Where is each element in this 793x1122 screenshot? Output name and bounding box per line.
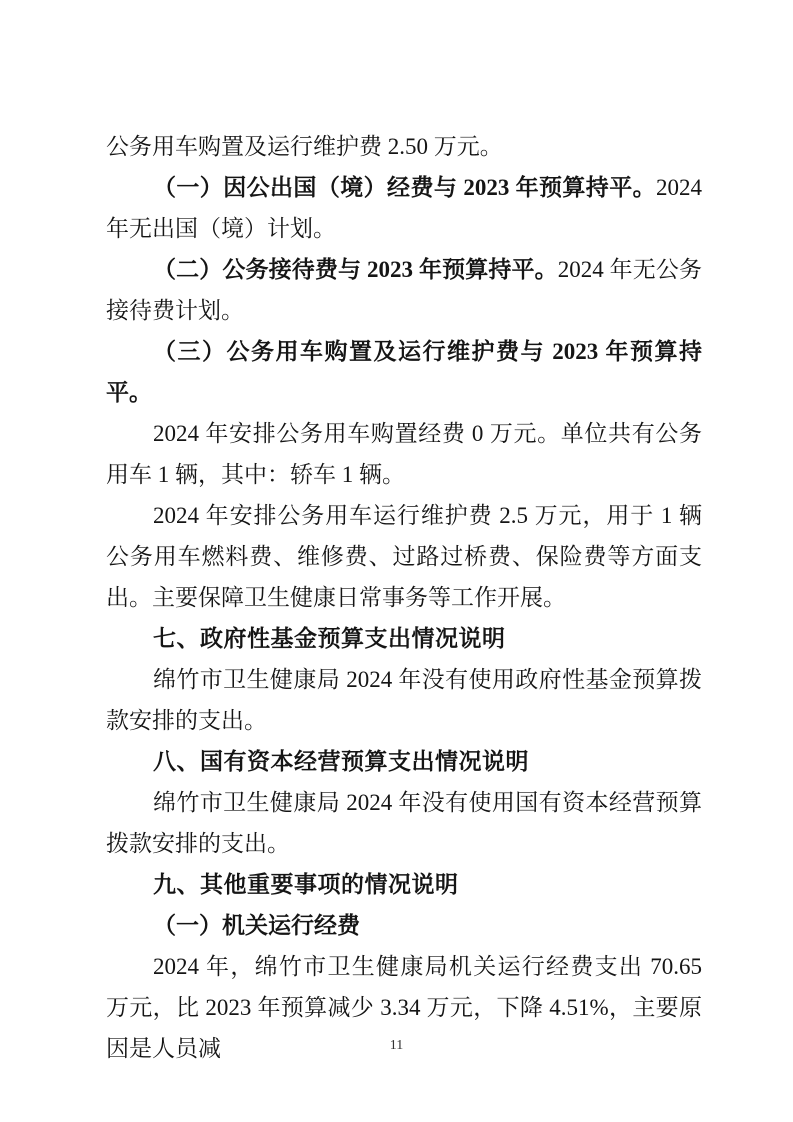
paragraph-vehicle-expense-heading: （三）公务用车购置及运行维护费与 2023 年预算持平。 xyxy=(106,331,702,413)
document-page: 公务用车购置及运行维护费 2.50 万元。 （一）因公出国（境）经费与 2023… xyxy=(0,0,793,1122)
paragraph-vehicle-purchase: 2024 年安排公务用车购置经费 0 万元。单位共有公务用车 1 辆，其中：轿车… xyxy=(106,413,702,495)
paragraph-government-fund: 绵竹市卫生健康局 2024 年没有使用政府性基金预算拨款安排的支出。 xyxy=(106,659,702,741)
paragraph-abroad-expense-lead: （一）因公出国（境）经费与 2023 年预算持平。 xyxy=(153,175,656,200)
paragraph-abroad-expense: （一）因公出国（境）经费与 2023 年预算持平。2024 年无出国（境）计划。 xyxy=(106,167,702,249)
paragraph-reception-expense-lead: （二）公务接待费与 2023 年预算持平。 xyxy=(153,257,558,282)
paragraph-state-capital: 绵竹市卫生健康局 2024 年没有使用国有资本经营预算拨款安排的支出。 xyxy=(106,782,702,864)
page-number: 11 xyxy=(0,1038,793,1054)
paragraph-vehicle-expense-lead: （三）公务用车购置及运行维护费与 2023 年预算持平。 xyxy=(106,339,702,405)
paragraph-reception-expense: （二）公务接待费与 2023 年预算持平。2024 年无公务接待费计划。 xyxy=(106,249,702,331)
section-heading-nine: 九、其他重要事项的情况说明 xyxy=(106,864,702,905)
paragraph-vehicle-maintenance: 2024 年安排公务用车运行维护费 2.5 万元，用于 1 辆公务用车燃料费、维… xyxy=(106,495,702,618)
subsection-heading-agency-operating-expense: （一）机关运行经费 xyxy=(106,905,702,946)
section-heading-seven: 七、政府性基金预算支出情况说明 xyxy=(106,618,702,659)
paragraph-vehicle-fee-continued: 公务用车购置及运行维护费 2.50 万元。 xyxy=(106,126,702,167)
section-heading-eight: 八、国有资本经营预算支出情况说明 xyxy=(106,741,702,782)
page-content: 公务用车购置及运行维护费 2.50 万元。 （一）因公出国（境）经费与 2023… xyxy=(106,126,702,1069)
